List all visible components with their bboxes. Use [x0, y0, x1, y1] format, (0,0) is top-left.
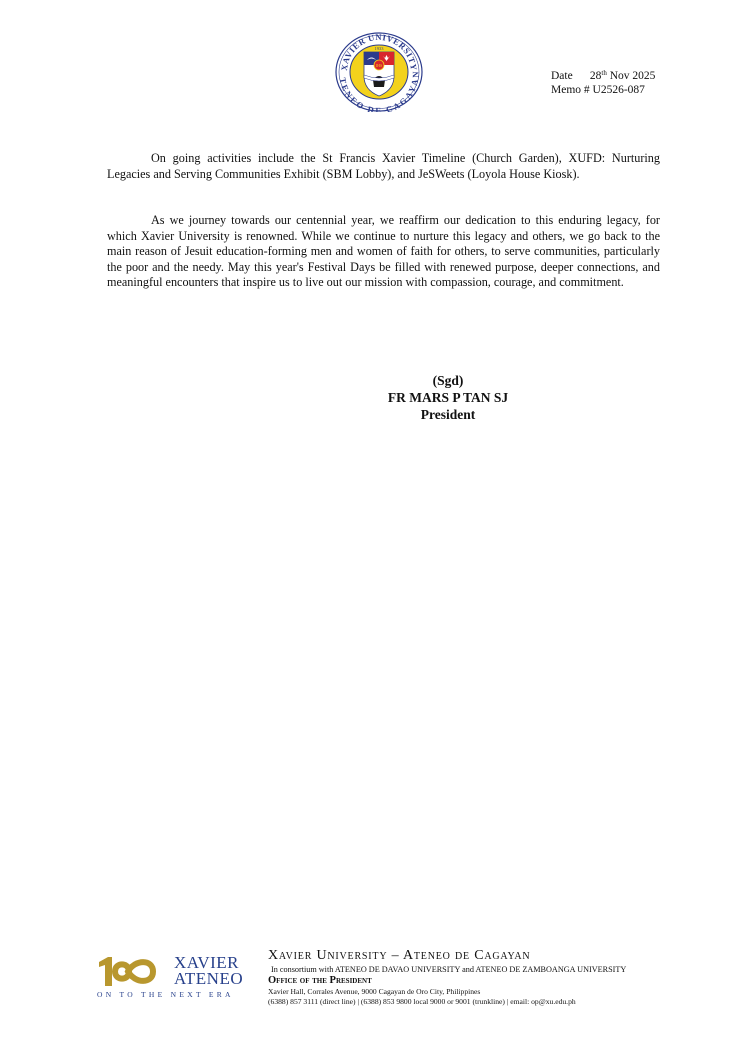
- signed-mark: (Sgd): [348, 372, 548, 389]
- body-paragraph-1: On going activities include the St Franc…: [107, 151, 660, 182]
- memo-page: XAVIER UNIVERSITY ATENEO DE CAGAYAN IHS …: [0, 0, 750, 1060]
- svg-text:1933: 1933: [375, 46, 385, 51]
- office-contact: (6388) 857 3111 (direct line) | (6388) 8…: [268, 997, 626, 1007]
- centennial-logo: XAVIER ATENEO ON TO THE NEXT ERA: [97, 955, 252, 1001]
- office-name: Office of the President: [268, 975, 626, 987]
- centennial-100-icon: [97, 955, 175, 989]
- memo-meta: Date 28th Nov 2025 Memo # U2526-087: [551, 69, 655, 97]
- institution-name: Xavier University – Ateneo de Cagayan: [268, 948, 626, 964]
- logo-line-2: ATENEO: [174, 971, 243, 987]
- logo-wordmark: XAVIER ATENEO: [174, 955, 243, 987]
- seal-icon: XAVIER UNIVERSITY ATENEO DE CAGAYAN IHS …: [334, 32, 424, 112]
- consortium-line: In consortium with ATENEO DE DAVAO UNIVE…: [268, 964, 626, 975]
- university-seal: XAVIER UNIVERSITY ATENEO DE CAGAYAN IHS …: [334, 32, 424, 112]
- letterhead-footer: Xavier University – Ateneo de Cagayan In…: [268, 948, 626, 1007]
- date-row: Date 28th Nov 2025: [551, 69, 655, 83]
- memo-number: U2526-087: [593, 84, 645, 96]
- signature-block: (Sgd) FR MARS P TAN SJ President: [348, 372, 548, 423]
- memo-row: Memo # U2526-087: [551, 83, 655, 97]
- date-value: 28th Nov 2025: [590, 70, 656, 82]
- svg-text:IHS: IHS: [376, 63, 382, 68]
- date-label: Date: [551, 69, 587, 83]
- logo-tagline: ON TO THE NEXT ERA: [97, 990, 234, 999]
- paragraph-text: On going activities include the St Franc…: [107, 151, 660, 182]
- office-address: Xavier Hall, Corrales Avenue, 9000 Cagay…: [268, 987, 626, 997]
- signatory-title: President: [348, 406, 548, 423]
- body-paragraph-2: As we journey towards our centennial yea…: [107, 213, 660, 291]
- memo-label: Memo #: [551, 84, 590, 96]
- signatory-name: FR MARS P TAN SJ: [348, 389, 548, 406]
- paragraph-text: As we journey towards our centennial yea…: [107, 213, 660, 291]
